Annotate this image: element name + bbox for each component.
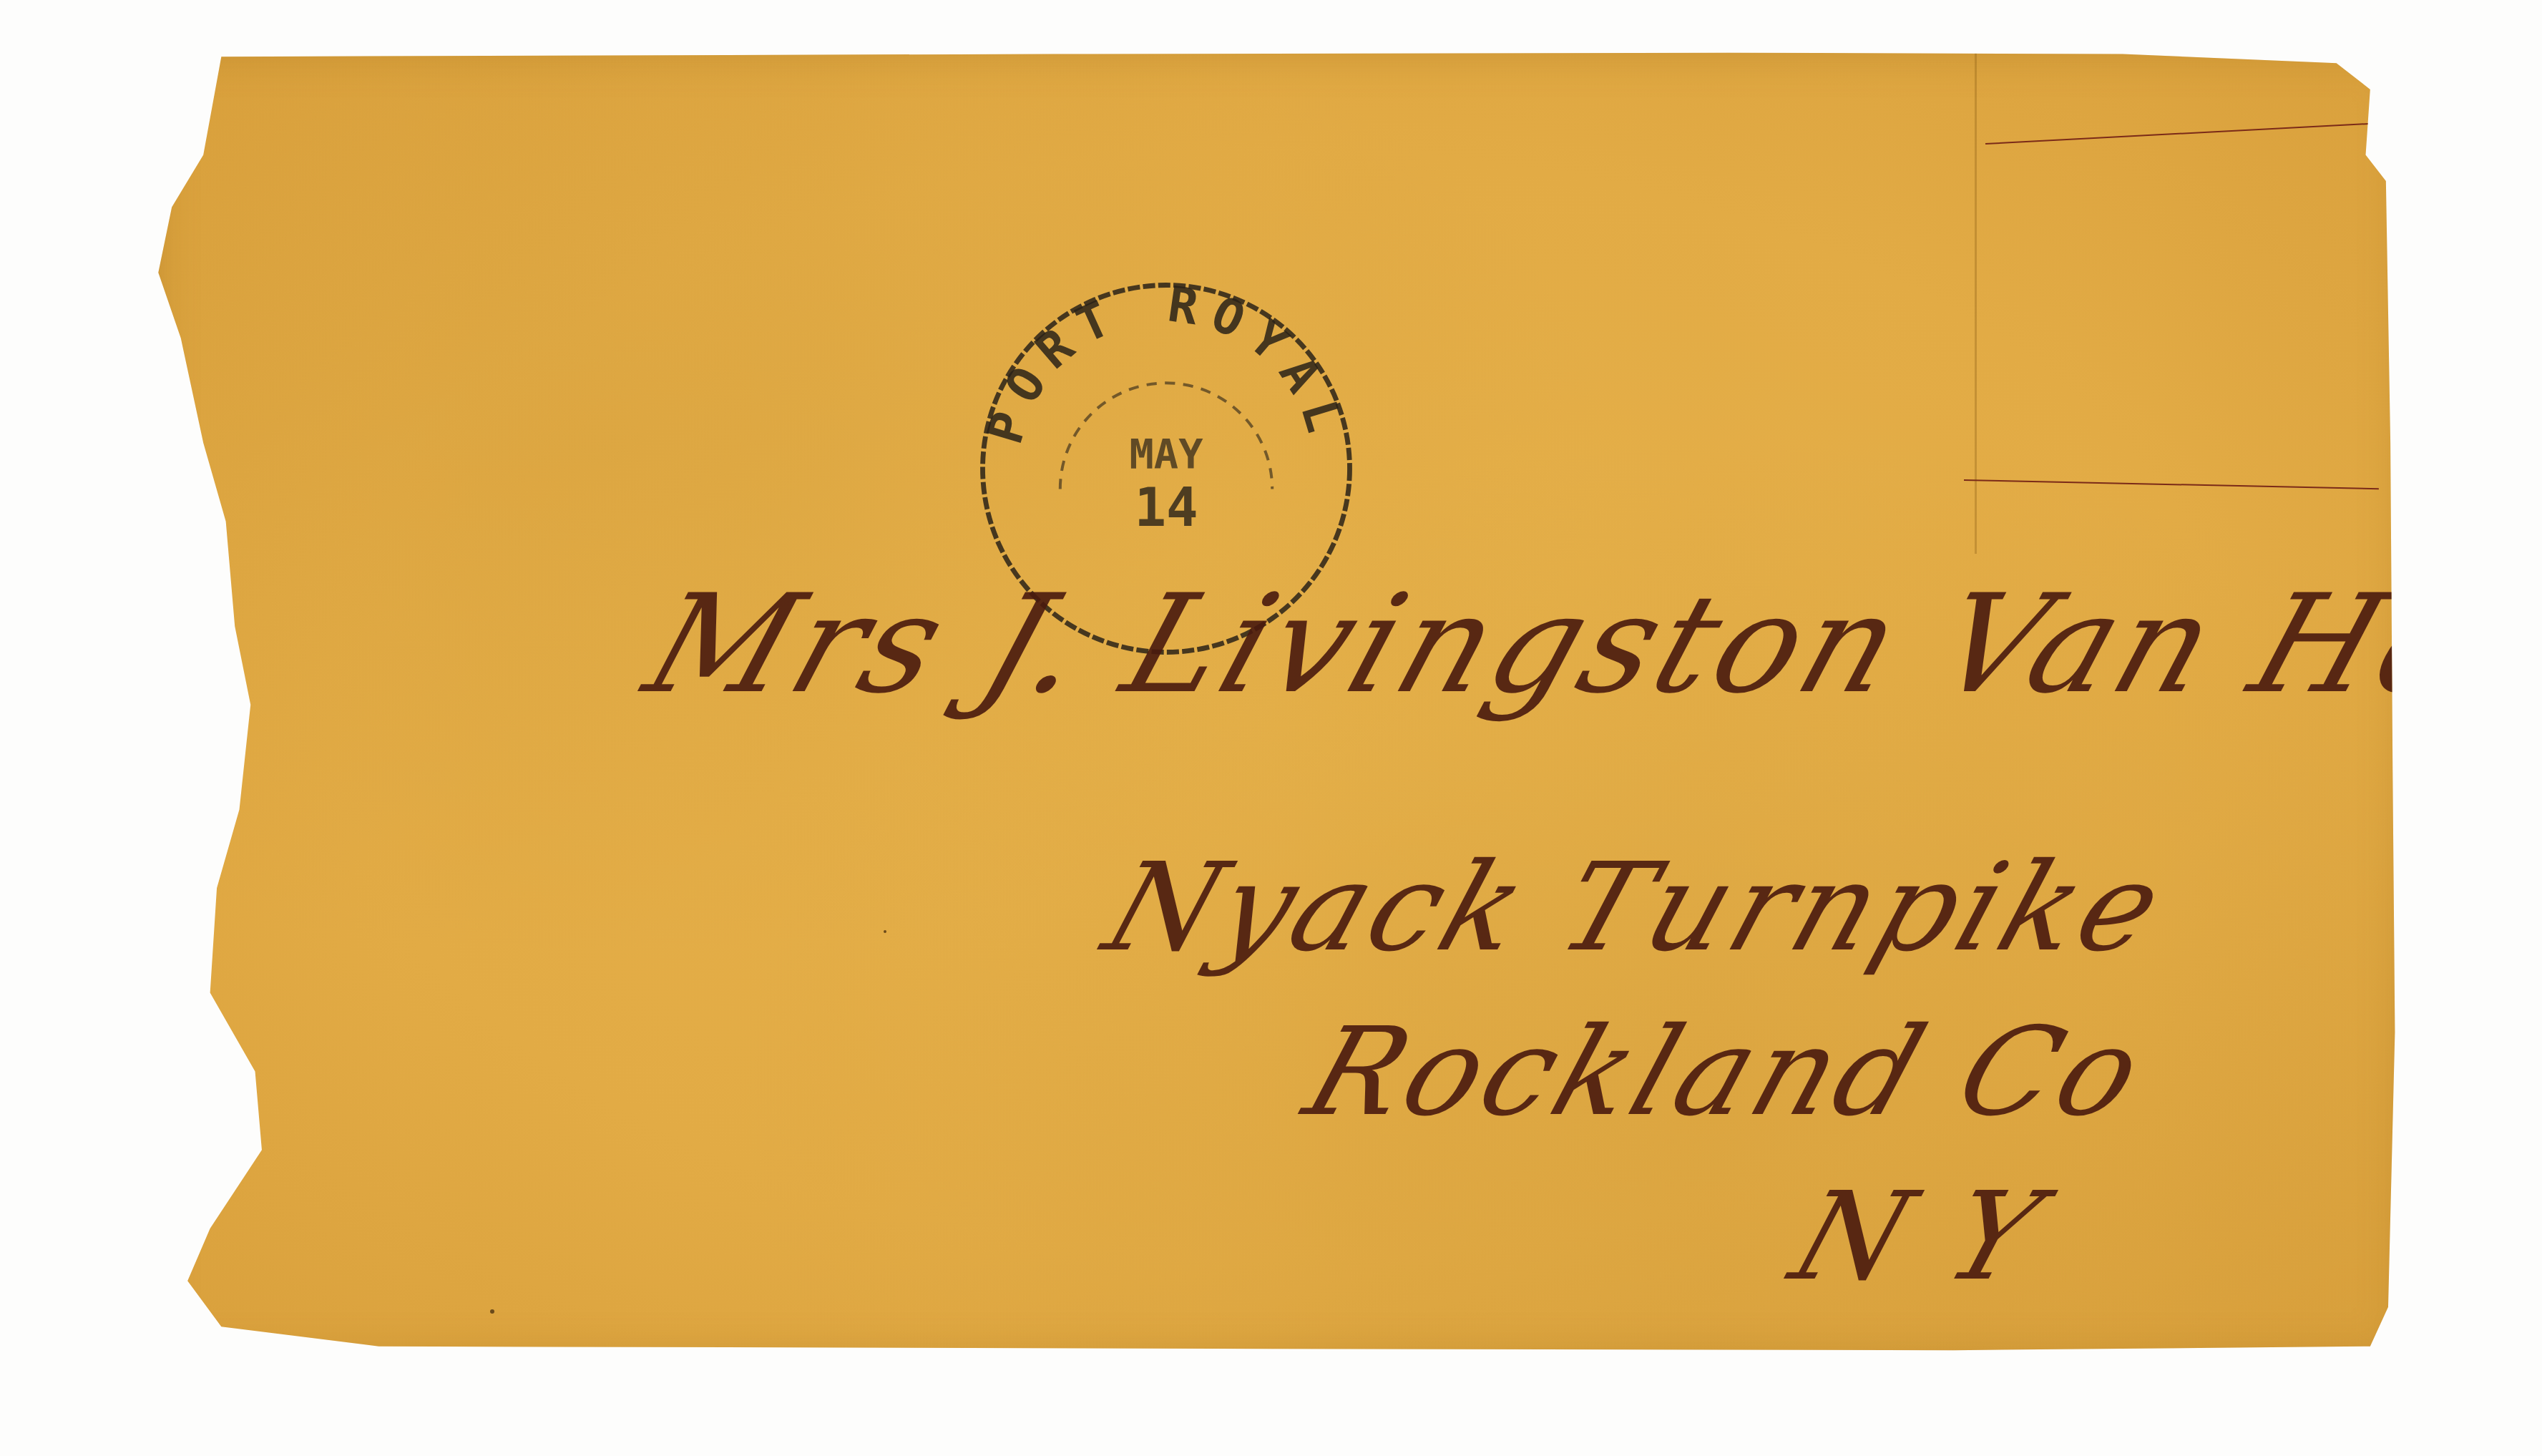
paper-speck xyxy=(490,1309,494,1314)
paper-speck xyxy=(884,930,886,933)
postmark-town: PORT ROYAL xyxy=(977,276,1356,450)
address-county: Rockland Co xyxy=(1290,1002,2162,1143)
envelope-flap xyxy=(1975,53,2392,554)
envelope: PORT ROYAL MAY 14 Mrs J. Livingston Van … xyxy=(154,50,2404,1359)
postmark-day: 14 xyxy=(1134,477,1198,539)
address-street: Nyack Turnpike xyxy=(1090,837,2182,979)
svg-text:PORT ROYAL: PORT ROYAL xyxy=(977,276,1356,450)
postmark-month: MAY xyxy=(1130,431,1204,479)
address-recipient: Mrs J. Livingston Van Houten xyxy=(629,565,2542,723)
address-state: N Y xyxy=(1776,1166,2061,1308)
